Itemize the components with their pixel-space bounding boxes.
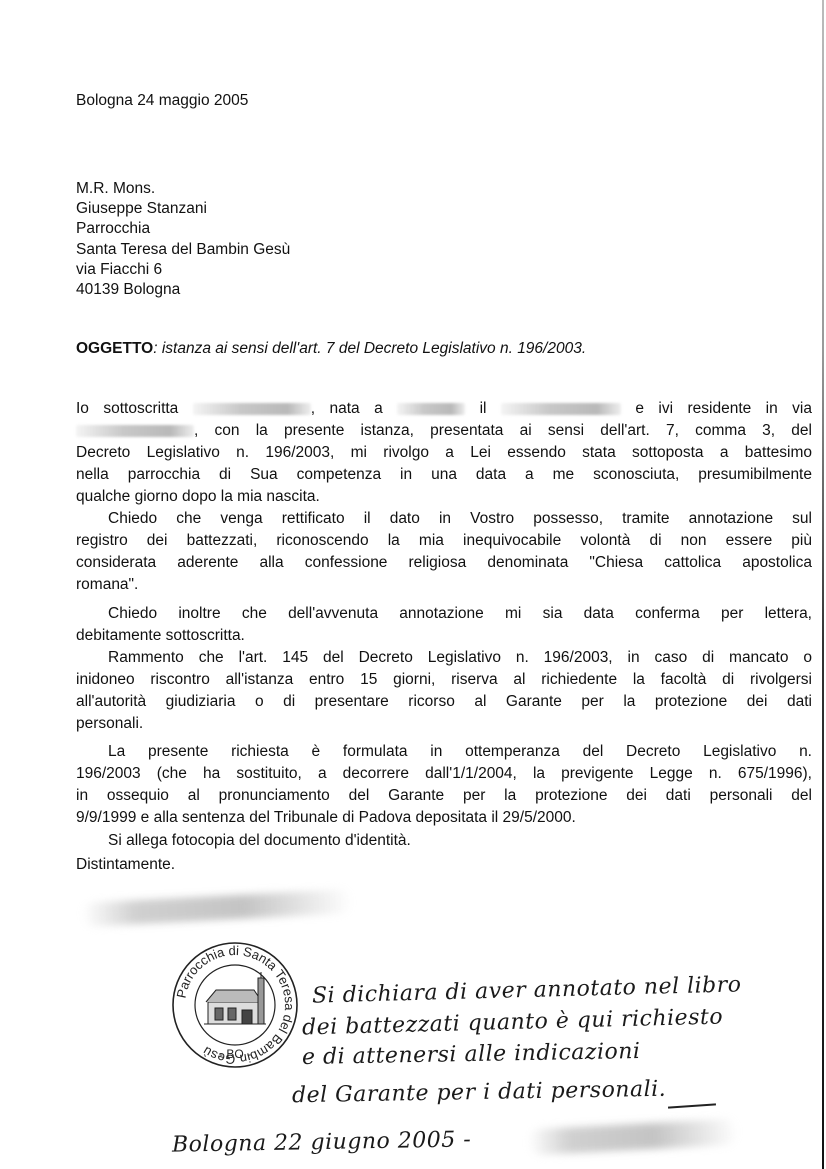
text-line: 196/2003 (che ha sostituito, a decorrere… — [76, 763, 812, 785]
text-line: Distintamente. — [76, 854, 812, 876]
paragraph-1: Io sottoscritta , nata a il e ivi reside… — [76, 398, 812, 508]
redacted-birthplace — [397, 403, 465, 415]
subject-line: OGGETTO: istanza ai sensi dell'art. 7 de… — [76, 340, 586, 358]
text-fragment: il — [480, 400, 487, 417]
text-line: registro dei battezzati, riconoscendo la… — [76, 530, 812, 552]
attachment-note: Si allega fotocopia del documento d'iden… — [76, 830, 812, 852]
parish-stamp: Parrocchia di Santa Teresa del Bambin Ge… — [170, 940, 300, 1070]
text-line: 9/9/1999 e alla sentenza del Tribunale d… — [76, 807, 812, 829]
text-fragment: e ivi residente in via — [635, 400, 812, 417]
recipient-line: Santa Teresa del Bambin Gesù — [76, 240, 290, 260]
recipient-line: Giuseppe Stanzani — [76, 199, 290, 219]
handwritten-line: e di attenersi alle indicazioni — [302, 1039, 641, 1070]
redacted-birthdate — [501, 403, 621, 415]
text-line: Rammento che l'art. 145 del Decreto Legi… — [76, 647, 812, 669]
recipient-line: via Fiacchi 6 — [76, 260, 290, 280]
redacted-name — [193, 403, 311, 415]
text-fragment: , con la presente istanza, presentata ai… — [194, 422, 812, 439]
text-line: La presente richiesta è formulata in ott… — [76, 741, 812, 763]
text-line: Si allega fotocopia del documento d'iden… — [76, 830, 812, 852]
redacted-priest-signature — [527, 1119, 738, 1156]
scanned-letter-page: Bologna 24 maggio 2005 M.R. Mons. Giusep… — [0, 0, 826, 1169]
text-line: debitamente sottoscritta. — [76, 625, 812, 647]
handwritten-line: dei battezzati quanto è qui richiesto — [302, 1004, 724, 1040]
paragraph-2: Chiedo che venga rettificato il dato in … — [76, 508, 812, 596]
paragraph-3: Chiedo inoltre che dell'avvenuta annotaz… — [76, 603, 812, 647]
recipient-line: M.R. Mons. — [76, 179, 290, 199]
recipient-line: Parrocchia — [76, 219, 290, 239]
text-line: Decreto Legislativo n. 196/2003, mi rivo… — [76, 442, 812, 464]
text-line: in ossequio al pronunciamento del Garant… — [76, 785, 812, 807]
recipient-address: M.R. Mons. Giuseppe Stanzani Parrocchia … — [76, 179, 290, 300]
letter-date: Bologna 24 maggio 2005 — [76, 91, 248, 111]
recipient-line: 40139 Bologna — [76, 280, 290, 300]
text-line: inidoneo riscontro all'istanza entro 15 … — [76, 669, 812, 691]
paragraph-5: La presente richiesta è formulata in ott… — [76, 741, 812, 829]
handwritten-date: Bologna 22 giugno 2005 - — [172, 1127, 472, 1157]
handwritten-line: Si dichiara di aver annotato nel libro — [312, 972, 742, 1008]
text-line: all'autorità giudiziaria o di presentare… — [76, 691, 812, 713]
text-line: nella parrocchia di Sua competenza in un… — [76, 464, 812, 486]
redacted-street — [76, 425, 194, 437]
handwritten-line: del Garante per i dati personali. — [292, 1077, 667, 1109]
text-line: Io sottoscritta , nata a il e ivi reside… — [76, 398, 812, 420]
stamp-bottom-text: - BO - — [219, 1047, 251, 1061]
church-icon — [204, 972, 266, 1024]
text-fragment: Io sottoscritta — [76, 400, 178, 417]
text-fragment: , nata a — [311, 400, 383, 417]
text-line: , con la presente istanza, presentata ai… — [76, 420, 812, 442]
closing: Distintamente. — [76, 854, 812, 876]
paragraph-4: Rammento che l'art. 145 del Decreto Legi… — [76, 647, 812, 735]
redacted-signature — [82, 889, 353, 927]
text-line: Chiedo inoltre che dell'avvenuta annotaz… — [76, 603, 812, 625]
text-line: personali. — [76, 713, 812, 735]
subject-label: OGGETTO — [76, 340, 153, 357]
text-line: Chiedo che venga rettificato il dato in … — [76, 508, 812, 530]
handwritten-stroke — [668, 1103, 716, 1108]
text-line: qualche giorno dopo la mia nascita. — [76, 486, 812, 508]
subject-text: : istanza ai sensi dell'art. 7 del Decre… — [153, 340, 586, 357]
text-line: romana". — [76, 574, 812, 596]
text-line: considerata aderente alla confessione re… — [76, 552, 812, 574]
scan-border-edge — [822, 0, 824, 1169]
